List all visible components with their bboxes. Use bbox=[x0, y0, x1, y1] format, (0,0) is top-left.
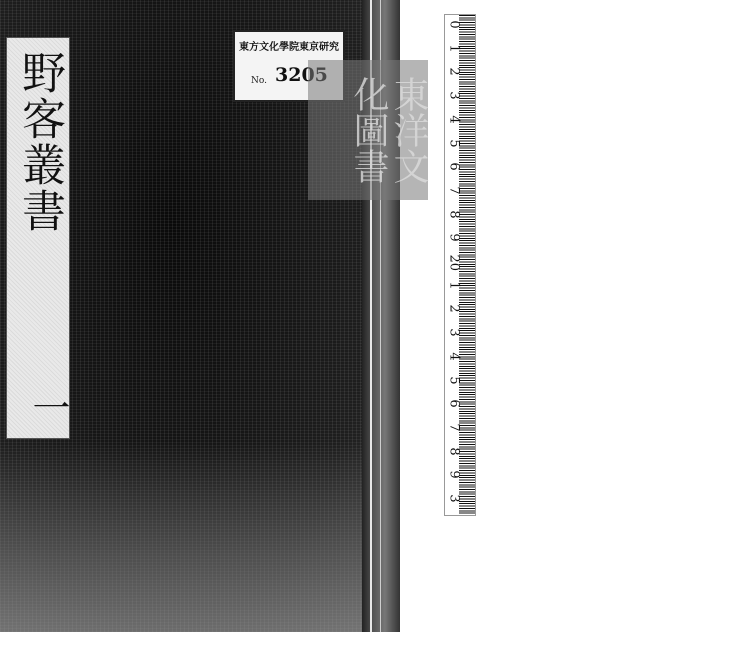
ruler-label: 1 bbox=[447, 41, 462, 55]
number-prefix: No. bbox=[251, 76, 267, 86]
ruler-label: 8 bbox=[447, 207, 462, 221]
ruler-label: 1 bbox=[447, 278, 462, 292]
ruler-label: 7 bbox=[447, 183, 462, 197]
ruler-label: 5 bbox=[447, 373, 462, 387]
library-seal: 東洋文化圖書 bbox=[308, 60, 428, 200]
ruler-label: 8 bbox=[447, 444, 462, 458]
volume-mark: 一 bbox=[21, 388, 76, 426]
ruler-label: 4 bbox=[447, 112, 462, 126]
ruler-label: 9 bbox=[447, 468, 462, 482]
ruler-label: 6 bbox=[447, 397, 462, 411]
ruler-label: 6 bbox=[447, 160, 462, 174]
ruler-label: 3 bbox=[447, 492, 462, 506]
title-slip: 野客叢書 一 bbox=[6, 37, 70, 439]
ruler-label: 0 bbox=[447, 18, 462, 32]
ruler-label: 2 bbox=[447, 65, 462, 79]
ruler-label: 20 bbox=[447, 255, 462, 269]
institution-name: 東方文化學院東京研究所 bbox=[239, 38, 339, 53]
ruler-label: 2 bbox=[447, 302, 462, 316]
seal-text: 東洋文化圖書 bbox=[308, 60, 428, 200]
book-title: 野客叢書 bbox=[13, 50, 65, 234]
ruler-label: 5 bbox=[447, 136, 462, 150]
ruler-label: 7 bbox=[447, 420, 462, 434]
measuring-ruler: 0123456789201234567893 bbox=[444, 14, 476, 516]
ruler-label: 3 bbox=[447, 326, 462, 340]
ruler-label: 4 bbox=[447, 349, 462, 363]
worn-lower-area bbox=[0, 442, 378, 632]
ruler-label: 9 bbox=[447, 231, 462, 245]
ruler-label: 3 bbox=[447, 89, 462, 103]
